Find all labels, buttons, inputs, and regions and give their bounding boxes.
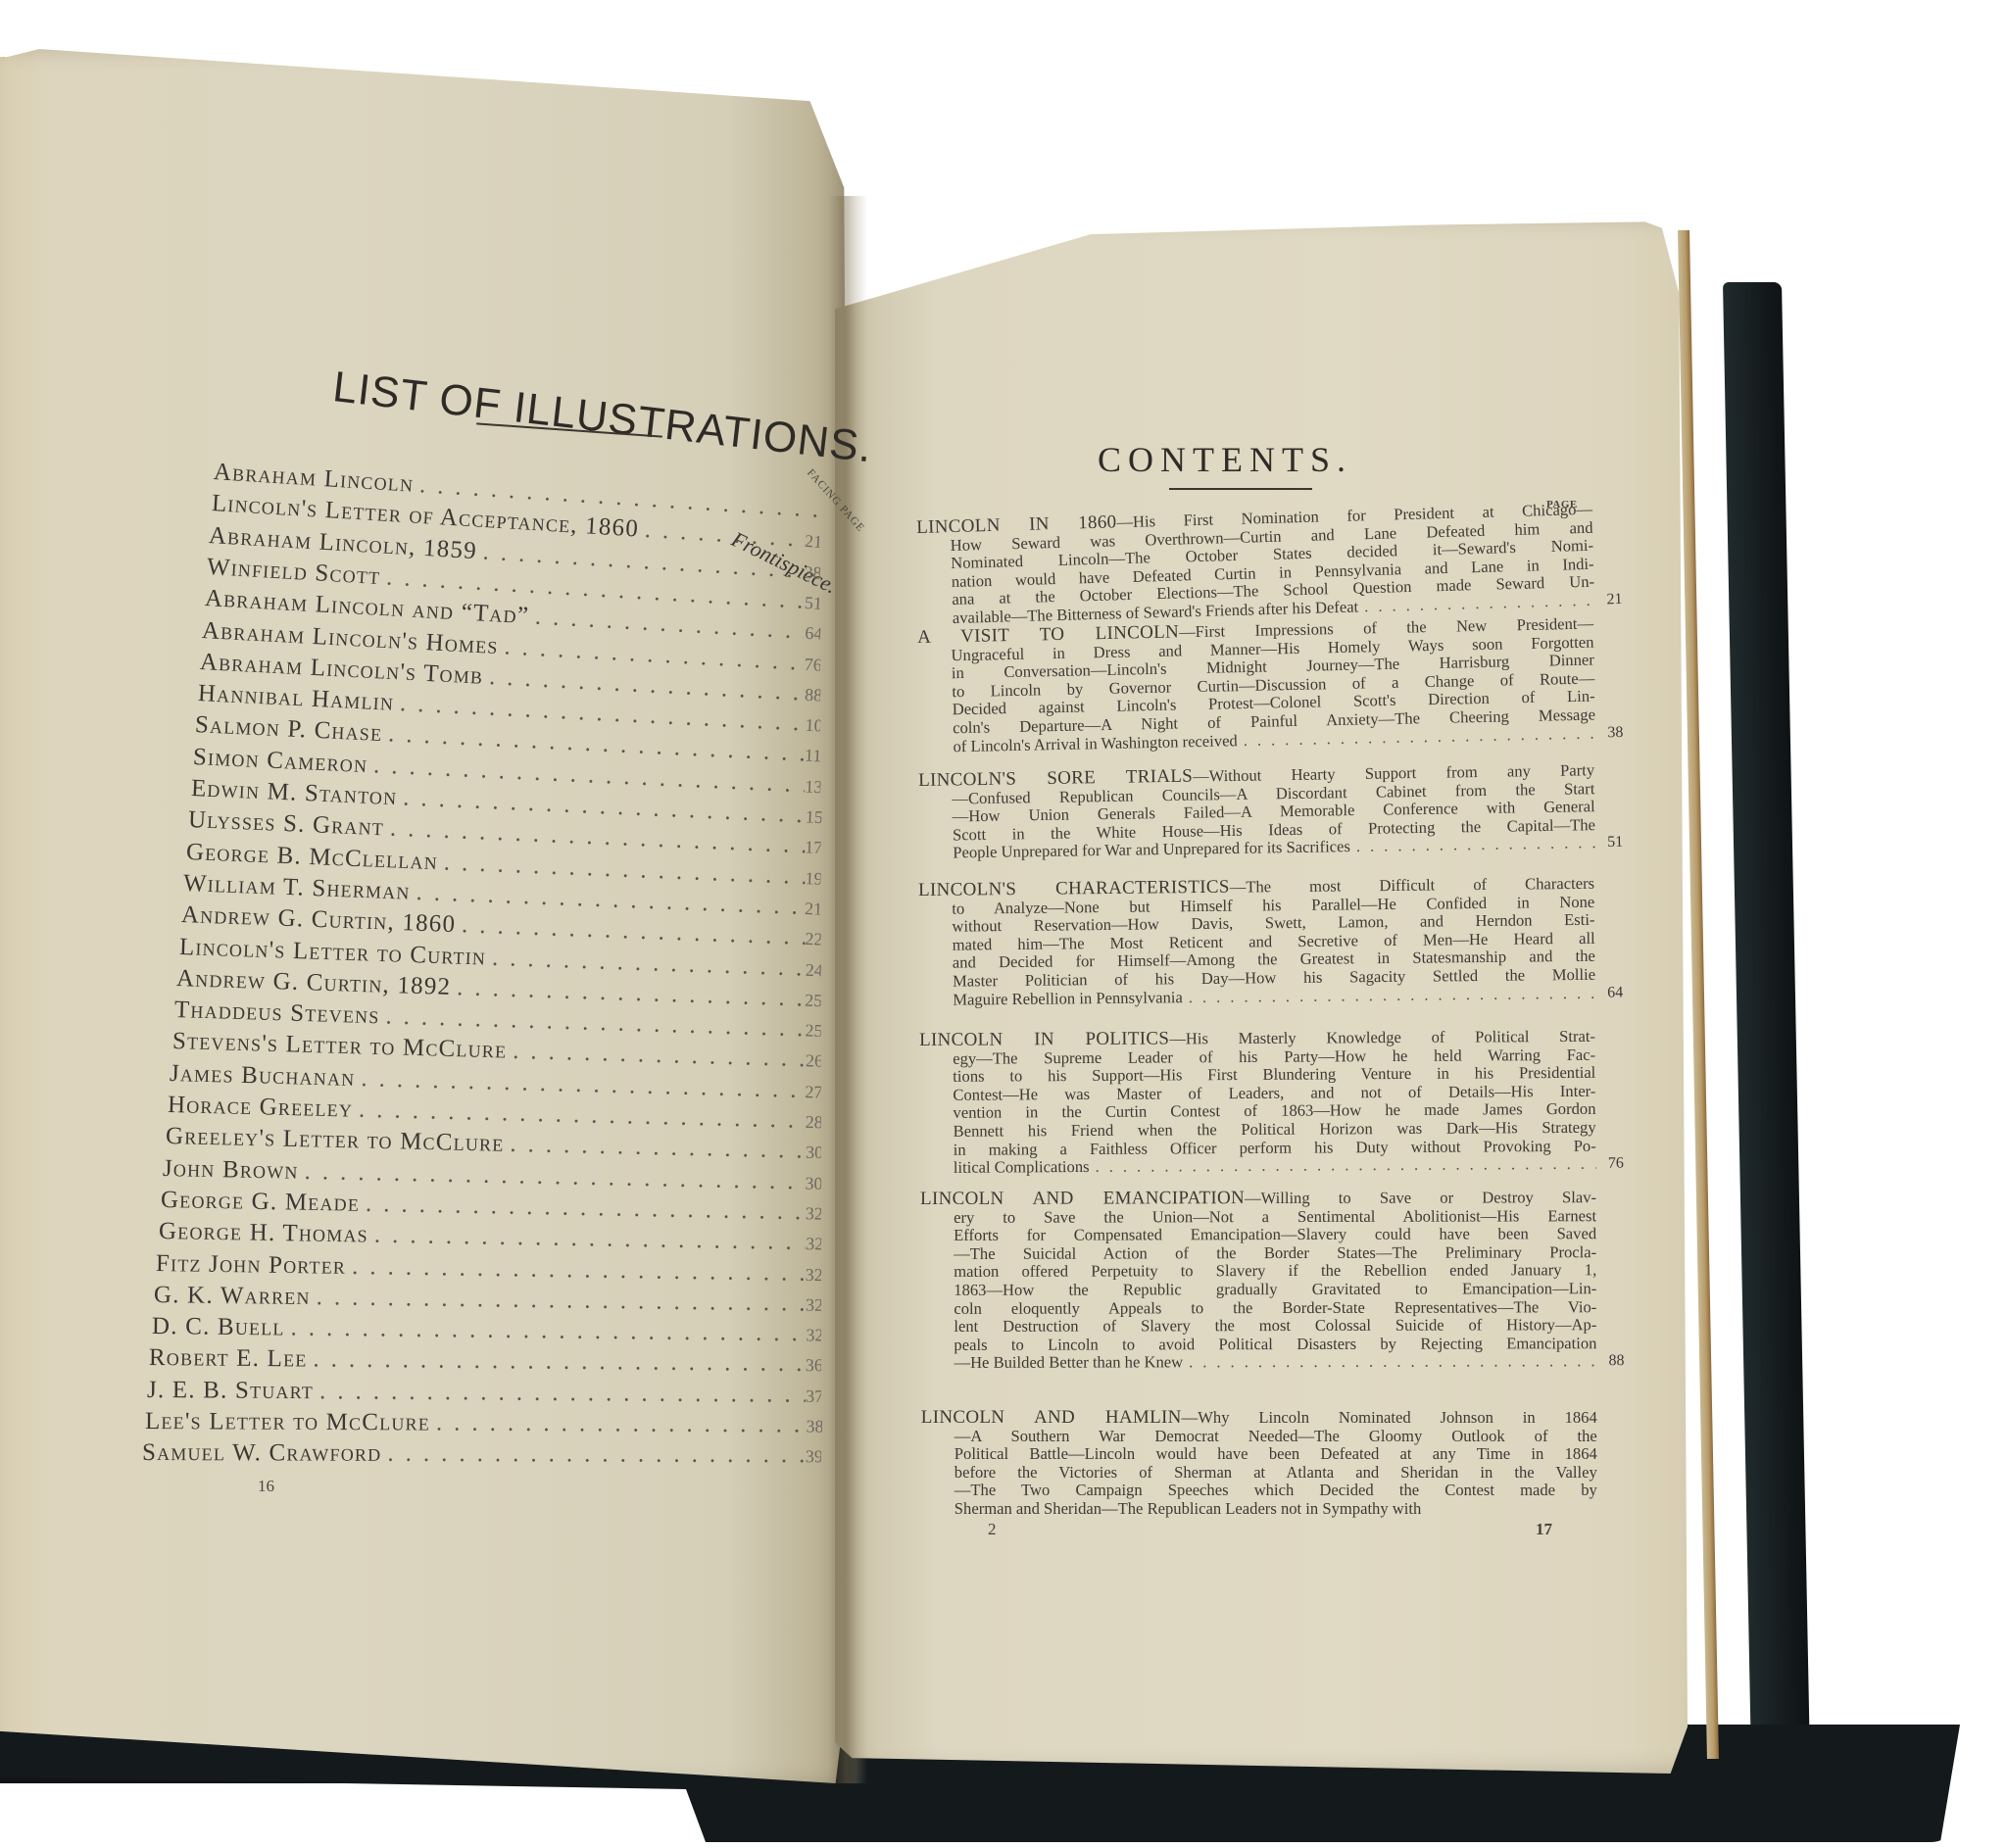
contents-title: CONTENTS. xyxy=(1098,439,1352,480)
illustration-page-number: 226 xyxy=(805,929,821,950)
contents-entry: LINCOLN'S CHARACTERISTICS—The most Diffi… xyxy=(918,875,1595,1009)
chapter-title: LINCOLN AND HAMLIN xyxy=(921,1407,1182,1428)
illustration-page-number: 39 xyxy=(806,1447,821,1468)
illustration-title: Samuel W. Crawford xyxy=(142,1439,381,1468)
illustrations-list: Abraham Lincoln.........................… xyxy=(0,0,853,1568)
illustration-page-number: 51 xyxy=(804,593,820,614)
illustration-page-number: 38 xyxy=(806,1417,821,1437)
right-page-number: 17 xyxy=(1536,1520,1552,1539)
illustration-title: Thaddeus Stevens xyxy=(174,997,380,1030)
chapter-title: LINCOLN IN POLITICS xyxy=(919,1028,1169,1050)
illustration-page-number: 28 xyxy=(806,1112,822,1133)
illustration-page-number: 38 xyxy=(804,561,820,583)
illustration-title: Greeley's Letter to McClure xyxy=(165,1123,504,1158)
contents-page-number: 64 xyxy=(1608,984,1624,1002)
contents-page-number: 21 xyxy=(1606,591,1623,609)
illustration-row: Samuel W. Crawford......................… xyxy=(142,1439,821,1469)
illustration-row: Robert E. Lee...........................… xyxy=(149,1344,821,1378)
contents-entry-heading-line: LINCOLN AND HAMLIN—Why Lincoln Nominated… xyxy=(921,1409,1597,1428)
dot-leader: ........................................… xyxy=(1355,835,1595,856)
dot-leader: ........................................ xyxy=(373,1222,806,1256)
contents-entry-line: Political Battle—Lincoln would have been… xyxy=(921,1445,1597,1464)
illustration-page-number: 64 xyxy=(804,623,820,645)
illustration-title: Salmon P. Chase xyxy=(195,711,384,748)
illustration-row: Lee's Letter to McClure.................… xyxy=(144,1408,821,1439)
illustration-title: Simon Cameron xyxy=(192,744,368,779)
illustration-title: Ulysses S. Grant xyxy=(188,806,385,842)
dot-leader: ........................................ xyxy=(387,1440,806,1469)
contents-entry-line: —He Builded Better than he Knew.........… xyxy=(920,1353,1596,1373)
illustration-title: D. C. Buell xyxy=(151,1313,284,1341)
contents-entry: LINCOLN AND HAMLIN—Why Lincoln Nominated… xyxy=(921,1409,1597,1519)
contents-entry-line: before the Victories of Sherman at Atlan… xyxy=(921,1464,1597,1483)
contents-entry: LINCOLN IN POLITICS—His Masterly Knowled… xyxy=(919,1028,1596,1178)
illustration-title: Robert E. Lee xyxy=(149,1344,308,1373)
illustration-row: D. C. Buell.............................… xyxy=(151,1313,821,1348)
illustration-title: James Buchanan xyxy=(170,1060,356,1093)
illustration-title: Fitz John Porter xyxy=(156,1250,347,1281)
illustration-title: Lee's Letter to McClure xyxy=(144,1408,429,1437)
illustration-title: William T. Sherman xyxy=(183,870,412,906)
contents-page-number: 38 xyxy=(1607,724,1623,743)
illustration-title: John Brown xyxy=(163,1155,299,1186)
illustration-title: J. E. B. Stuart xyxy=(147,1377,314,1405)
dot-leader: ........................................ xyxy=(435,1410,806,1439)
dot-leader: ........................................… xyxy=(1096,1155,1596,1177)
illustration-page-number: 32 xyxy=(806,1203,821,1224)
illustration-title: Andrew G. Curtin, 1892 xyxy=(176,965,452,1001)
contents-entry: A VISIT TO LINCOLN—First Impressions of … xyxy=(917,615,1596,757)
illustration-page-number: 25 xyxy=(805,990,821,1011)
contents-page-number: 51 xyxy=(1607,834,1623,852)
dot-leader: ........................................ xyxy=(314,1346,807,1379)
illustration-title: G. K. Warren xyxy=(154,1282,311,1311)
contents-entry: LINCOLN'S SORE TRIALS—Without Hearty Sup… xyxy=(918,761,1595,863)
contents-entry-line: Sherman and Sheridan—The Republican Lead… xyxy=(921,1500,1597,1519)
dot-leader: ........................................ xyxy=(513,1038,807,1073)
illustration-page-number: 174 xyxy=(805,838,821,859)
illustration-page-number: 26 xyxy=(805,1051,821,1072)
illustration-title: George G. Meade xyxy=(161,1187,361,1218)
illustration-page-number: 134 xyxy=(805,776,821,798)
illustration-title: Edwin M. Stanton xyxy=(190,775,398,811)
illustration-page-number: 21 xyxy=(804,531,820,553)
dot-leader: ........................................ xyxy=(366,1191,806,1226)
illustration-page-number: 32 xyxy=(806,1264,821,1285)
dot-leader: ........................................ xyxy=(319,1378,806,1409)
illustration-page-number: 32 xyxy=(806,1294,821,1315)
illustration-page-number: 192 xyxy=(805,868,821,890)
illustration-page-number: 32 xyxy=(806,1234,821,1254)
illustration-page-number: 119 xyxy=(805,746,821,767)
contents-page-number: 76 xyxy=(1608,1155,1624,1174)
illustration-title: Hannibal Hamlin xyxy=(197,680,394,717)
illustration-title: Horace Greeley xyxy=(168,1092,354,1124)
illustration-row: Fitz John Porter........................… xyxy=(156,1250,821,1288)
illustration-row: J. E. B. Stuart.........................… xyxy=(147,1377,821,1409)
illustration-page-number: 25 xyxy=(805,1021,821,1042)
illustration-page-number: 76 xyxy=(804,654,820,675)
contents-entry-line: —A Southern War Democrat Needed—The Gloo… xyxy=(921,1428,1597,1446)
illustration-title: George H. Thomas xyxy=(158,1218,367,1249)
contents-entry-line: peals to Lincoln to avoid Political Disa… xyxy=(920,1335,1596,1354)
illustration-title: Stevens's Letter to McClure xyxy=(171,1028,507,1065)
chapter-title: LINCOLN AND EMANCIPATION xyxy=(920,1188,1245,1209)
illustration-page-number: 36 xyxy=(806,1355,821,1376)
contents-page-number: 88 xyxy=(1608,1352,1624,1371)
illustration-title: Andrew G. Curtin, 1860 xyxy=(181,901,457,939)
illustration-page-number: 27 xyxy=(805,1082,821,1102)
illustration-title: Lincoln's Letter to Curtin xyxy=(178,934,486,972)
dot-leader: ........................................ xyxy=(316,1284,806,1317)
dot-leader: ........................................ xyxy=(290,1315,806,1348)
illustration-page-number: 213 xyxy=(805,899,821,920)
contents-entry: LINCOLN IN 1860—His First Nomination for… xyxy=(916,501,1595,629)
illustration-page-number: 30 xyxy=(806,1173,821,1193)
dot-leader: ........................................ xyxy=(352,1252,806,1287)
left-page-number: 16 xyxy=(258,1477,274,1496)
dot-leader: ........................................ xyxy=(510,1131,806,1165)
illustration-page-number: 104 xyxy=(805,715,821,737)
illustration-page-number: 37 xyxy=(806,1386,821,1406)
illustration-page-number: 155 xyxy=(805,806,821,828)
illustration-page-number: 244 xyxy=(805,959,821,981)
illustration-page-number: 32 xyxy=(806,1325,821,1345)
contents-entry-line: —The Two Campaign Speeches which Decided… xyxy=(921,1482,1597,1500)
contents-entry: LINCOLN AND EMANCIPATION—Willing to Save… xyxy=(920,1189,1596,1373)
illustration-page-number: 88 xyxy=(805,685,821,706)
dot-leader: ........................................ xyxy=(644,516,806,554)
dot-leader: ........................................… xyxy=(1189,1353,1596,1373)
book-cover-right-board xyxy=(1723,282,1812,1840)
illustration-page-number: 30 xyxy=(806,1143,821,1163)
illustration-title: George B. McClellan xyxy=(185,839,438,876)
contents-title-rule xyxy=(1169,488,1312,490)
illustration-title: Winfield Scott xyxy=(206,554,381,591)
signature-mark: 2 xyxy=(988,1520,997,1539)
illustration-row: G. K. Warren............................… xyxy=(154,1282,821,1318)
